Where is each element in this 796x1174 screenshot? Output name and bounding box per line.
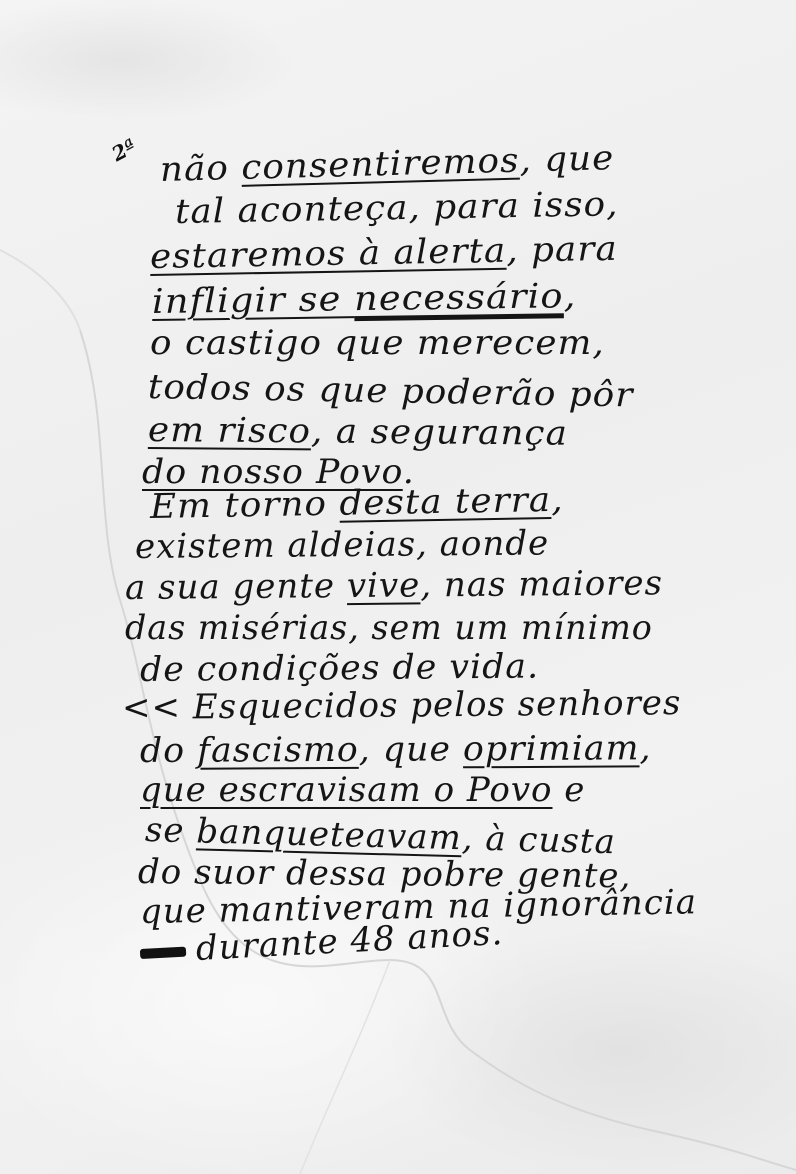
text-segment: não xyxy=(159,148,241,190)
text-line: existem aldeias, aonde xyxy=(135,523,550,567)
underlined-text: em risco xyxy=(148,410,311,451)
underlined-text: vive xyxy=(347,565,421,606)
text-line: estaremos à alerta, para xyxy=(150,229,618,277)
text-line: das misérias, sem um mínimo xyxy=(125,608,653,648)
text-segment: , nas maiores xyxy=(420,563,663,605)
text-line: que escravisam o Povo e xyxy=(140,770,585,810)
text-line: em risco, a segurança xyxy=(148,410,568,454)
underlined-text: que escravisam o Povo xyxy=(140,770,553,810)
text-segment: , que xyxy=(519,138,615,180)
text-segment: Em torno xyxy=(150,484,340,527)
text-segment: , xyxy=(563,276,576,316)
text-segment: , xyxy=(639,728,651,768)
text-line: todos os que poderão pôr xyxy=(148,367,634,415)
underlined-text: consentiremos xyxy=(241,141,520,188)
text-segment: existem aldeias, aonde xyxy=(135,523,550,567)
underlined-text: necessário xyxy=(354,276,564,319)
text-line: tal aconteça, para isso, xyxy=(175,184,619,232)
text-segment: do xyxy=(140,731,197,771)
text-segment: << Esquecidos pelos senhores xyxy=(122,683,682,728)
text-segment: de condições de vida. xyxy=(140,647,539,690)
underlined-text: estaremos à alerta xyxy=(150,231,507,277)
text-segment: a sua gente xyxy=(125,566,347,608)
underlined-text: fascismo xyxy=(197,730,359,771)
text-line: o castigo que merecem, xyxy=(150,323,605,363)
text-line: de condições de vida. xyxy=(140,647,539,690)
underlined-text: banqueteavam xyxy=(196,811,462,858)
text-segment: , que xyxy=(359,729,463,770)
text-line: << Esquecidos pelos senhores xyxy=(122,683,682,728)
text-segment: , para xyxy=(506,229,618,271)
text-line: a sua gente vive, nas maiores xyxy=(125,563,663,608)
text-line: Em torno desta terra, xyxy=(150,480,564,527)
underlined-text: oprimiam xyxy=(463,728,640,769)
ink-blot xyxy=(140,947,186,959)
text-segment: das misérias, sem um mínimo xyxy=(125,608,653,648)
text-segment: tal aconteça, para isso, xyxy=(175,184,619,232)
text-segment: todos os que poderão pôr xyxy=(148,367,634,415)
underlined-text: desta terra xyxy=(339,480,551,524)
text-segment: se xyxy=(144,810,196,851)
text-segment: o castigo que merecem, xyxy=(150,323,605,363)
text-segment: , xyxy=(551,480,564,520)
text-segment: e xyxy=(553,770,586,810)
text-line: do fascismo, que oprimiam, xyxy=(140,728,652,771)
underlined-text: infligir se xyxy=(152,279,355,322)
text-segment: , a segurança xyxy=(311,411,568,453)
text-line: infligir se necessário, xyxy=(152,276,577,322)
